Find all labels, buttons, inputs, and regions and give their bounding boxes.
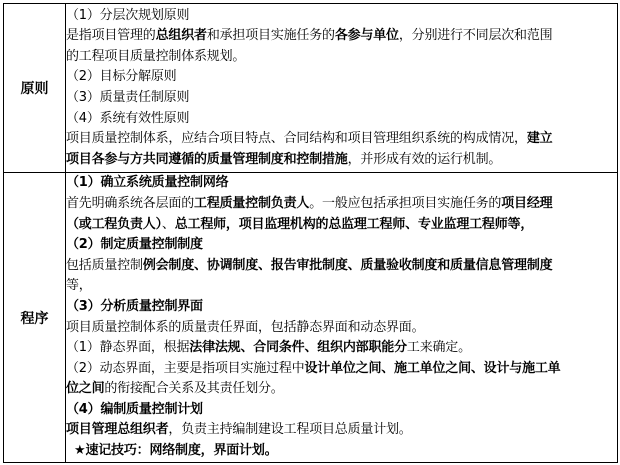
text-line: 项目管理总组织者，负责主持编制建设工程项目总质量计划。 [66,420,617,441]
text-line: （2）目标分解原则 [66,67,617,88]
text-line: （3）分析质量控制界面 [66,297,617,318]
text-segment: 工来确定。 [407,340,471,355]
text-segment: 。一般应包括承担项目实施任务的 [309,196,501,211]
emphasis-text: （3）分析质量控制界面 [66,299,203,314]
text-line: 项目质量控制体系，应结合项目特点、合同结构和项目管理组织系统的构成情况，建立 [66,129,617,150]
emphasis-text: 工程质量控制负责人 [194,196,309,211]
emphasis-text: （2）制定质量控制制度 [66,237,203,252]
emphasis-text: 位之间 [66,381,104,396]
text-segment: 的衔接配合关系及其责任划分。 [104,381,283,396]
emphasis-text: （1）确立系统质量控制网络 [66,175,228,190]
emphasis-text: 例会制度、协调制度、报告审批制度、质量验收制度和质量信息管理制度 [143,258,553,273]
principles-procedure-table: 原则 （1）分层次规划原则是指项目管理的总组织者和承担项目实施任务的各参与单位，… [3,3,618,463]
text-segment: 的工程项目质量控制体系规划。 [66,49,245,64]
text-segment: 项目质量控制体系的质量责任界面，包括静态界面和动态界面。 [66,320,424,335]
emphasis-text: 设计单位之间、施工单位之间、设计与施工单 [304,361,560,376]
text-line: 等， [66,276,617,297]
text-line: ★速记技巧：网络制度，界面计划。 [66,441,617,462]
table-row-procedure: 程序 （1）确立系统质量控制网络首先明确系统各层面的工程质量控制负责人。一般应包… [4,173,618,463]
row-label-principles: 原则 [4,4,66,173]
emphasis-text: （4）编制质量控制计划 [66,402,203,417]
text-line: （3）质量责任制原则 [66,88,617,109]
text-line: 项目质量控制体系的质量责任界面，包括静态界面和动态界面。 [66,318,617,339]
text-segment: （3）质量责任制原则 [66,90,189,105]
emphasis-text: 各参与单位 [335,28,399,43]
emphasis-text: ★速记技巧：网络制度，界面计划。 [74,443,277,458]
text-segment: （4）系统有效性原则 [66,111,189,126]
text-segment: ，分别进行不同层次和范围 [399,28,553,43]
text-segment: （1）静态界面，根据 [66,340,189,355]
emphasis-text: 建立 [527,131,553,146]
text-segment: （1）分层次规划原则 [66,8,189,23]
text-line: （2）制定质量控制制度 [66,235,617,256]
text-line: （4）系统有效性原则 [66,109,617,130]
text-segment: 首先明确系统各层面的 [66,196,194,211]
principles-content: （1）分层次规划原则是指项目管理的总组织者和承担项目实施任务的各参与单位，分别进… [66,4,618,173]
text-segment: （2）动态界面，主要是指项目实施过程中 [66,361,304,376]
emphasis-text: （或工程负责人） [66,217,162,232]
text-segment: 等， [66,278,92,293]
text-line: 位之间的衔接配合关系及其责任划分。 [66,379,617,400]
emphasis-text: 项目经理 [501,196,552,211]
text-line: 项目各参与方共同遵循的质量管理制度和控制措施，并形成有效的运行机制。 [66,150,617,171]
text-line: 的工程项目质量控制体系规划。 [66,47,617,68]
text-segment: ，并形成有效的运行机制。 [348,152,502,167]
text-line: （1）分层次规划原则 [66,6,617,27]
text-line: 包括质量控制例会制度、协调制度、报告审批制度、质量验收制度和质量信息管理制度 [66,256,617,277]
text-segment: （2）目标分解原则 [66,69,176,84]
emphasis-text: 项目管理总组织者 [66,422,168,437]
text-segment: ，负责主持编制建设工程项目总质量计划。 [168,422,411,437]
row-label-procedure: 程序 [4,173,66,463]
emphasis-text: 总工程师，项目监理机构的总监理工程师、专业监理工程师等， [175,217,533,232]
text-segment: 是指项目管理的 [66,28,156,43]
text-line: （1）静态界面，根据法律法规、合同条件、组织内部职能分工来确定。 [66,338,617,359]
text-line: （2）动态界面，主要是指项目实施过程中设计单位之间、施工单位之间、设计与施工单 [66,359,617,380]
table-row-principles: 原则 （1）分层次规划原则是指项目管理的总组织者和承担项目实施任务的各参与单位，… [4,4,618,173]
text-segment: 和承担项目实施任务的 [207,28,335,43]
text-line: （或工程负责人）、总工程师，项目监理机构的总监理工程师、专业监理工程师等， [66,215,617,236]
text-line: 首先明确系统各层面的工程质量控制负责人。一般应包括承担项目实施任务的项目经理 [66,194,617,215]
text-line: （1）确立系统质量控制网络 [66,173,617,194]
emphasis-text: 项目各参与方共同遵循的质量管理制度和控制措施 [66,152,348,167]
emphasis-text: 总组织者 [156,28,207,43]
text-line: 是指项目管理的总组织者和承担项目实施任务的各参与单位，分别进行不同层次和范围 [66,26,617,47]
emphasis-text: 法律法规、合同条件、组织内部职能分 [189,340,407,355]
text-segment: 包括质量控制 [66,258,143,273]
text-segment: 项目质量控制体系，应结合项目特点、合同结构和项目管理组织系统的构成情况， [66,131,527,146]
procedure-content: （1）确立系统质量控制网络首先明确系统各层面的工程质量控制负责人。一般应包括承担… [66,173,618,463]
text-line: （4）编制质量控制计划 [66,400,617,421]
text-segment: 、 [162,217,175,232]
